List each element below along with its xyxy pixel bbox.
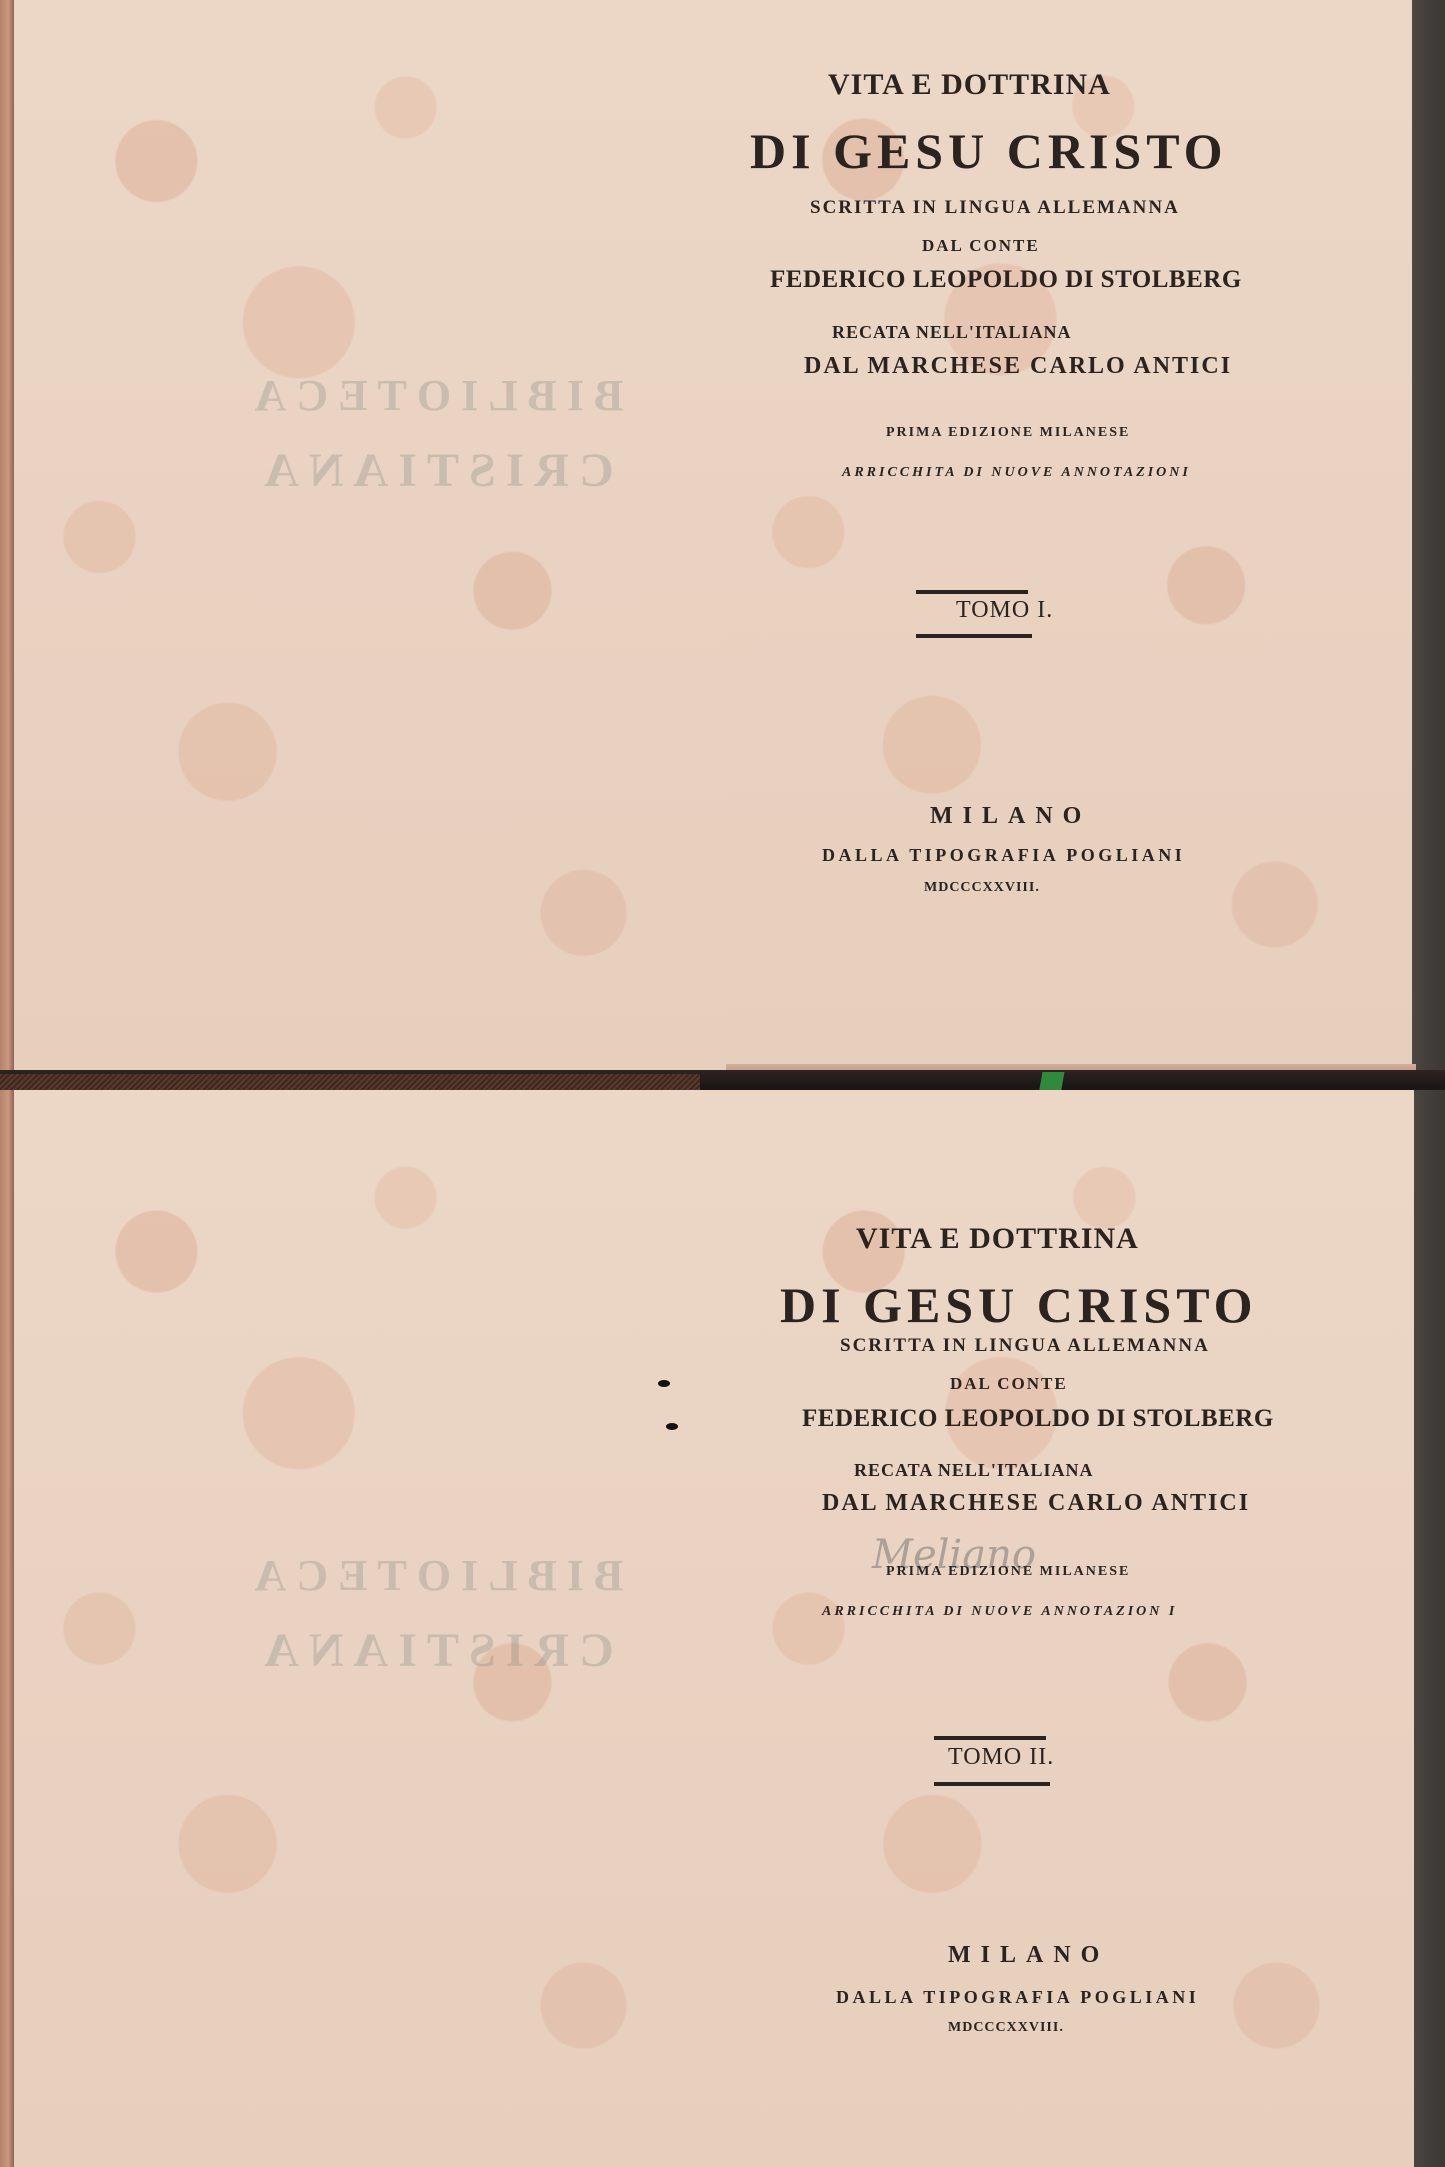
showthrough-line-2: CRISTIANA [134,1623,734,1678]
showthrough-stamp: BIBLIOTECA CRISTIANA [134,1550,734,1678]
translator-line: DAL MARCHESE CARLO ANTICI [804,353,1232,380]
author-line: FEDERICO LEOPOLDO DI STOLBERG [802,1405,1274,1433]
translation-line: RECATA NELL'ITALIANA [832,322,1072,343]
book-cover-edge [0,1090,14,2167]
facing-page: BIBLIOTECA CRISTIANA [14,0,726,1074]
rule-top [934,1736,1046,1740]
printer-line: DALLA TIPOGRAFIA POGLIANI [822,845,1185,866]
subtitle-line: SCRITTA IN LINGUA ALLEMANNA [840,1335,1210,1357]
dal-conte-line: DAL CONTE [950,1374,1068,1394]
title-page: VITA E DOTTRINA DI GESU CRISTO SCRITTA I… [726,0,1412,1064]
book-volume-1: BIBLIOTECA CRISTIANA VITA E DOTTRINA DI … [0,0,1445,1080]
title-main: DI GESU CRISTO [750,122,1228,180]
title-page: VITA E DOTTRINA DI GESU CRISTO SCRITTA I… [726,1090,1414,2167]
showthrough-line-1: BIBLIOTECA [134,1550,734,1601]
subtitle-line: SCRITTA IN LINGUA ALLEMANNA [810,197,1180,219]
dal-conte-line: DAL CONTE [922,236,1040,256]
book-volume-2: BIBLIOTECA CRISTIANA VITA E DOTTRINA DI … [0,1090,1445,2167]
ink-spot [658,1380,670,1387]
city-line: MILANO [930,803,1091,830]
edition-line: PRIMA EDIZIONE MILANESE [886,425,1130,441]
annotations-line: ARRICCHITA DI NUOVE ANNOTAZION I [822,1604,1177,1620]
year-line: MDCCCXXVIII. [924,880,1040,896]
title-line-1: VITA E DOTTRINA [828,68,1111,102]
volume-label: TOMO II. [948,1744,1054,1771]
rule-bottom [934,1782,1050,1786]
volume-label: TOMO I. [956,597,1053,624]
rule-bottom [916,634,1032,638]
year-line: MDCCCXXVIII. [948,2020,1064,2036]
title-line-1: VITA E DOTTRINA [856,1222,1139,1256]
rule-top [916,590,1028,594]
translator-line: DAL MARCHESE CARLO ANTICI [822,1490,1250,1517]
city-line: MILANO [948,1942,1109,1969]
showthrough-line-2: CRISTIANA [134,443,734,498]
book-cover-edge [0,0,14,1080]
author-line: FEDERICO LEOPOLDO DI STOLBERG [770,266,1242,294]
translation-line: RECATA NELL'ITALIANA [854,1460,1094,1481]
showthrough-line-1: BIBLIOTECA [134,370,734,421]
annotations-line: ARRICCHITA DI NUOVE ANNOTAZIONI [842,465,1191,481]
title-main: DI GESU CRISTO [780,1276,1258,1334]
showthrough-stamp: BIBLIOTECA CRISTIANA [134,370,734,498]
printer-line: DALLA TIPOGRAFIA POGLIANI [836,1987,1199,2008]
edition-line: PRIMA EDIZIONE MILANESE [886,1564,1130,1580]
facing-page: BIBLIOTECA CRISTIANA [14,1090,726,2167]
ink-spot [666,1423,678,1430]
